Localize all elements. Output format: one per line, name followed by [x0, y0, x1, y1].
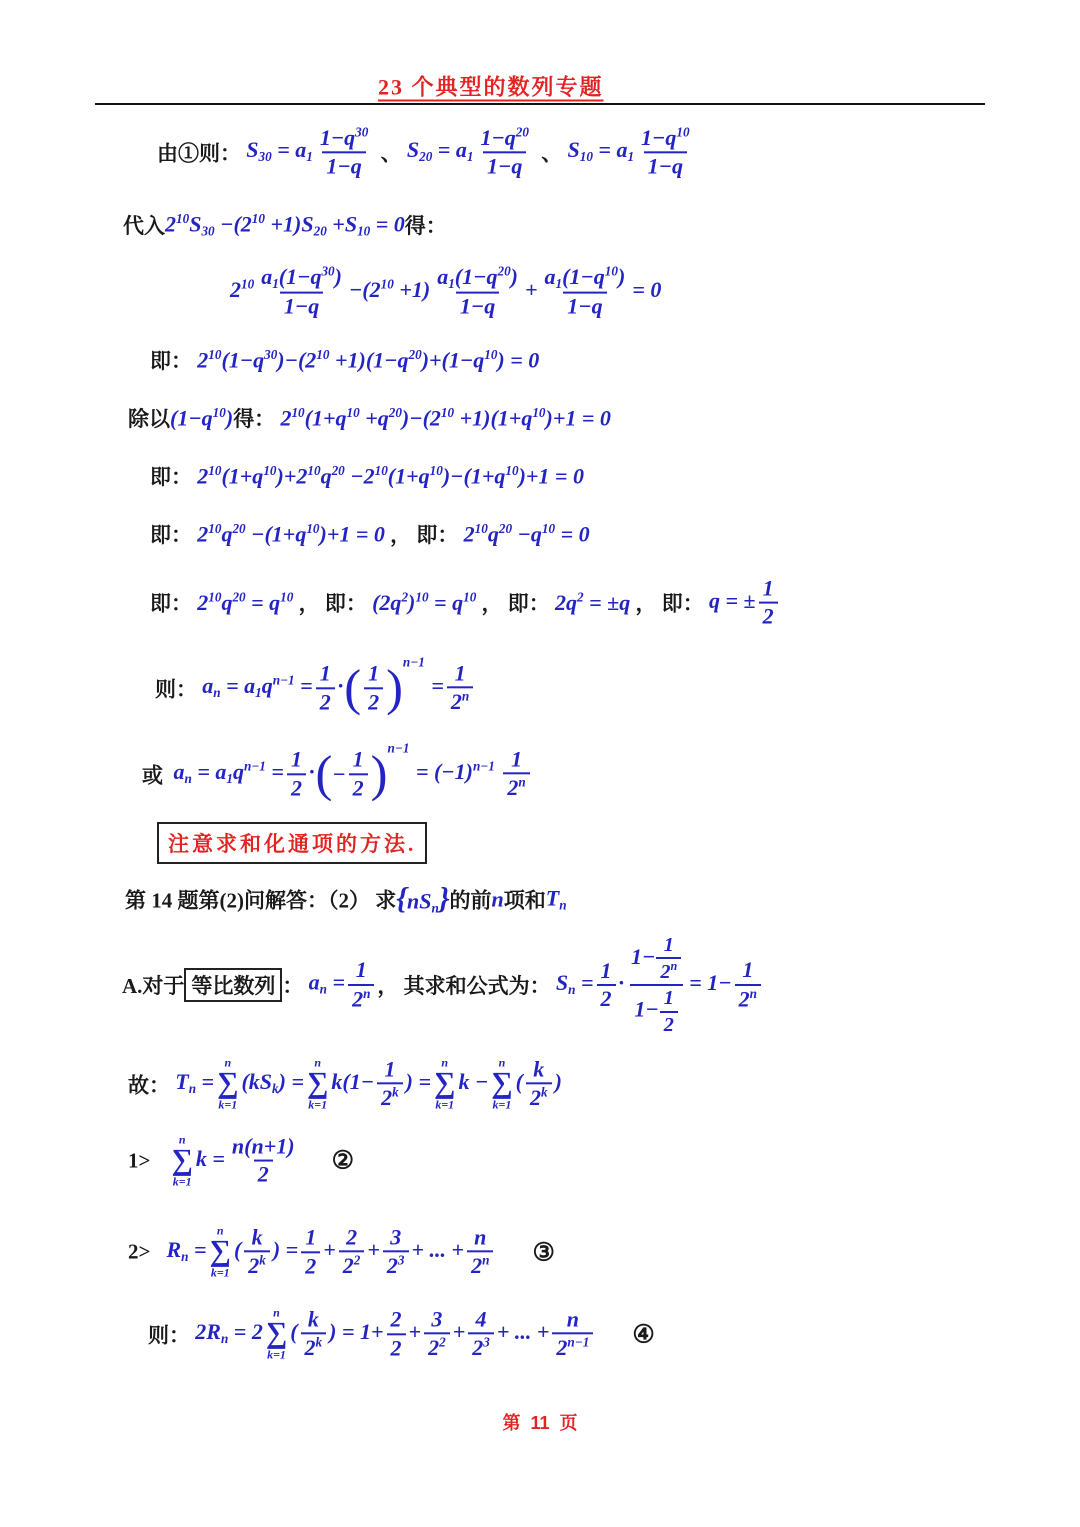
- text-run: 即：: [150, 519, 197, 549]
- text-run: 1>: [128, 1149, 150, 1174]
- math-expression: 210S30 −(210 +1)S20 +S10 = 0: [165, 211, 405, 240]
- circled-number: ②: [332, 1146, 354, 1176]
- text-run: ， 即：: [385, 519, 464, 549]
- math-expression: 210(1−q30)−(210 +1)(1−q20)+(1−q10) = 0: [197, 347, 539, 374]
- header-rule: [95, 103, 985, 105]
- text-run: 则：: [148, 1319, 195, 1349]
- math-expression: n∑k=1k =n(n+1)2: [168, 1134, 301, 1189]
- text-run: 由①则：: [157, 137, 246, 167]
- page-number: 第 11 页: [0, 1409, 1080, 1435]
- text-run: 、: [375, 137, 407, 167]
- line-step-3: 即： 210q20 −(1+q10)+1 = 0 ， 即： 210q20 −q1…: [150, 519, 590, 549]
- line-item-2: 2>Rn =n∑k=1(k2k) =12+222+323+ ... +n2n③: [128, 1224, 555, 1279]
- text-run: ， 即：: [476, 588, 555, 618]
- math-expression: S10 = a11−q101−q: [567, 124, 696, 179]
- text-run: 第 14 题第(2)问解答：（2） 求: [125, 884, 396, 914]
- line-step-1: 即： 210(1−q30)−(210 +1)(1−q20)+(1−q10) = …: [150, 345, 539, 375]
- math-expression: Tn: [546, 885, 567, 913]
- spacer: [150, 1161, 168, 1162]
- line-problem-14: 第 14 题第(2)问解答：（2） 求{nSn}的前n项和Tn: [125, 882, 567, 917]
- line-tn-sum: 故： Tn =n∑k=1(kSk) =n∑k=1k(1−12k) =n∑k=1k…: [128, 1056, 562, 1111]
- math-expression: n: [492, 886, 504, 912]
- line-substitute: 代入210S30 −(210 +1)S20 +S10 = 0得：: [123, 210, 447, 240]
- line-case-a: A.对于等比数列： an =12n， 其求和公式为： Sn =12·1−12n1…: [122, 933, 764, 1037]
- text-run: 即：: [150, 588, 197, 618]
- line-given-sums: 由①则： S30 = a11−q301−q 、 S20 = a11−q201−q…: [157, 124, 697, 179]
- line-divide: 除以(1−q10)得： 210(1+q10 +q20)−(210 +1)(1+q…: [128, 403, 611, 433]
- spacer: [596, 1333, 632, 1334]
- doc-title: 23 个典型的数列专题: [378, 71, 604, 102]
- math-expression: 210q20 = q10: [197, 590, 293, 617]
- term-box: 等比数列: [184, 968, 282, 1002]
- math-expression: 2q2 = ±q: [555, 590, 630, 617]
- spacer: [150, 1251, 166, 1252]
- math-expression: 210a1(1−q30)1−q−(210 +1)a1(1−q20)1−q+a1(…: [230, 264, 661, 321]
- text-run: 得：: [233, 403, 280, 433]
- text-run: ， 即：: [293, 588, 372, 618]
- line-step-4: 即： 210q20 = q10 ， 即： (2q2)10 = q10 ， 即： …: [150, 576, 781, 631]
- math-expression: {nSn}: [396, 882, 449, 917]
- math-expression: 2Rn = 2n∑k=1(k2k) = 1+22+322+423+ ... +n…: [195, 1306, 596, 1361]
- line-then-an: 则： an = a1qn−1 =12·(12)n−1 =12n: [155, 660, 476, 715]
- note-box: 注意求和化通项的方法.: [157, 822, 427, 864]
- line-expanded-equation: 210a1(1−q30)1−q−(210 +1)a1(1−q20)1−q+a1(…: [230, 264, 661, 321]
- math-expression: 210(1+q10 +q20)−(210 +1)(1+q10)+1 = 0: [280, 405, 610, 432]
- math-expression: S20 = a11−q201−q: [407, 124, 536, 179]
- line-note-box: 注意求和化通项的方法.: [157, 822, 427, 864]
- math-expression: Sn =12·1−12n1−12= 1−12n: [556, 933, 764, 1037]
- math-expression: (2q2)10 = q10: [372, 590, 476, 617]
- line-or-an: 或 an = a1qn−1 =12·(−12)n−1 = (−1)n−1 12n: [142, 746, 533, 801]
- text-run: 、: [536, 137, 568, 167]
- math-expression: 210q20 −(1+q10)+1 = 0: [197, 521, 385, 548]
- text-run: 的前: [450, 884, 492, 914]
- text-run: 或: [142, 759, 174, 789]
- text-run: 2>: [128, 1239, 150, 1264]
- math-expression: Rn =n∑k=1(k2k) =12+222+323+ ... +n2n: [166, 1224, 496, 1279]
- spacer: [496, 1251, 532, 1252]
- math-expression: S30 = a11−q301−q: [246, 124, 375, 179]
- text-run: 项和: [504, 884, 546, 914]
- line-item-1: 1>n∑k=1k =n(n+1)2②: [128, 1134, 354, 1189]
- math-expression: Tn =n∑k=1(kSk) =n∑k=1k(1−12k) =n∑k=1k −n…: [175, 1056, 562, 1111]
- text-run: A.对于: [122, 970, 184, 1000]
- math-expression: (1−q10): [170, 405, 233, 432]
- math-expression: q = ±12: [709, 576, 781, 631]
- math-expression: an =12n: [309, 957, 378, 1012]
- text-run: 得：: [405, 210, 447, 240]
- text-run: ， 其求和公式为：: [377, 970, 556, 1000]
- document-page: 23 个典型的数列专题 由①则： S30 = a11−q301−q 、 S20 …: [0, 0, 1080, 1527]
- math-expression: an = a1qn−1 =12·(−12)n−1 = (−1)n−1 12n: [174, 746, 533, 801]
- text-run: 则：: [155, 673, 202, 703]
- text-run: ， 即：: [630, 588, 709, 618]
- line-step-2: 即： 210(1+q10)+210q20 −210(1+q10)−(1+q10)…: [150, 461, 584, 491]
- circled-number: ③: [532, 1237, 554, 1267]
- text-run: 即：: [150, 345, 197, 375]
- text-run: 代入: [123, 210, 165, 240]
- circled-number: ④: [632, 1319, 654, 1349]
- text-run: 故：: [128, 1069, 175, 1099]
- text-run: ：: [282, 970, 308, 1000]
- line-then-2rn: 则： 2Rn = 2n∑k=1(k2k) = 1+22+322+423+ ...…: [148, 1306, 655, 1361]
- math-expression: an = a1qn−1 =12·(12)n−1 =12n: [202, 660, 476, 715]
- text-run: 即：: [150, 461, 197, 491]
- math-expression: 210(1+q10)+210q20 −210(1+q10)−(1+q10)+1 …: [197, 463, 584, 490]
- spacer: [302, 1161, 332, 1162]
- math-expression: 210q20 −q10 = 0: [464, 521, 590, 548]
- text-run: 除以: [128, 403, 170, 433]
